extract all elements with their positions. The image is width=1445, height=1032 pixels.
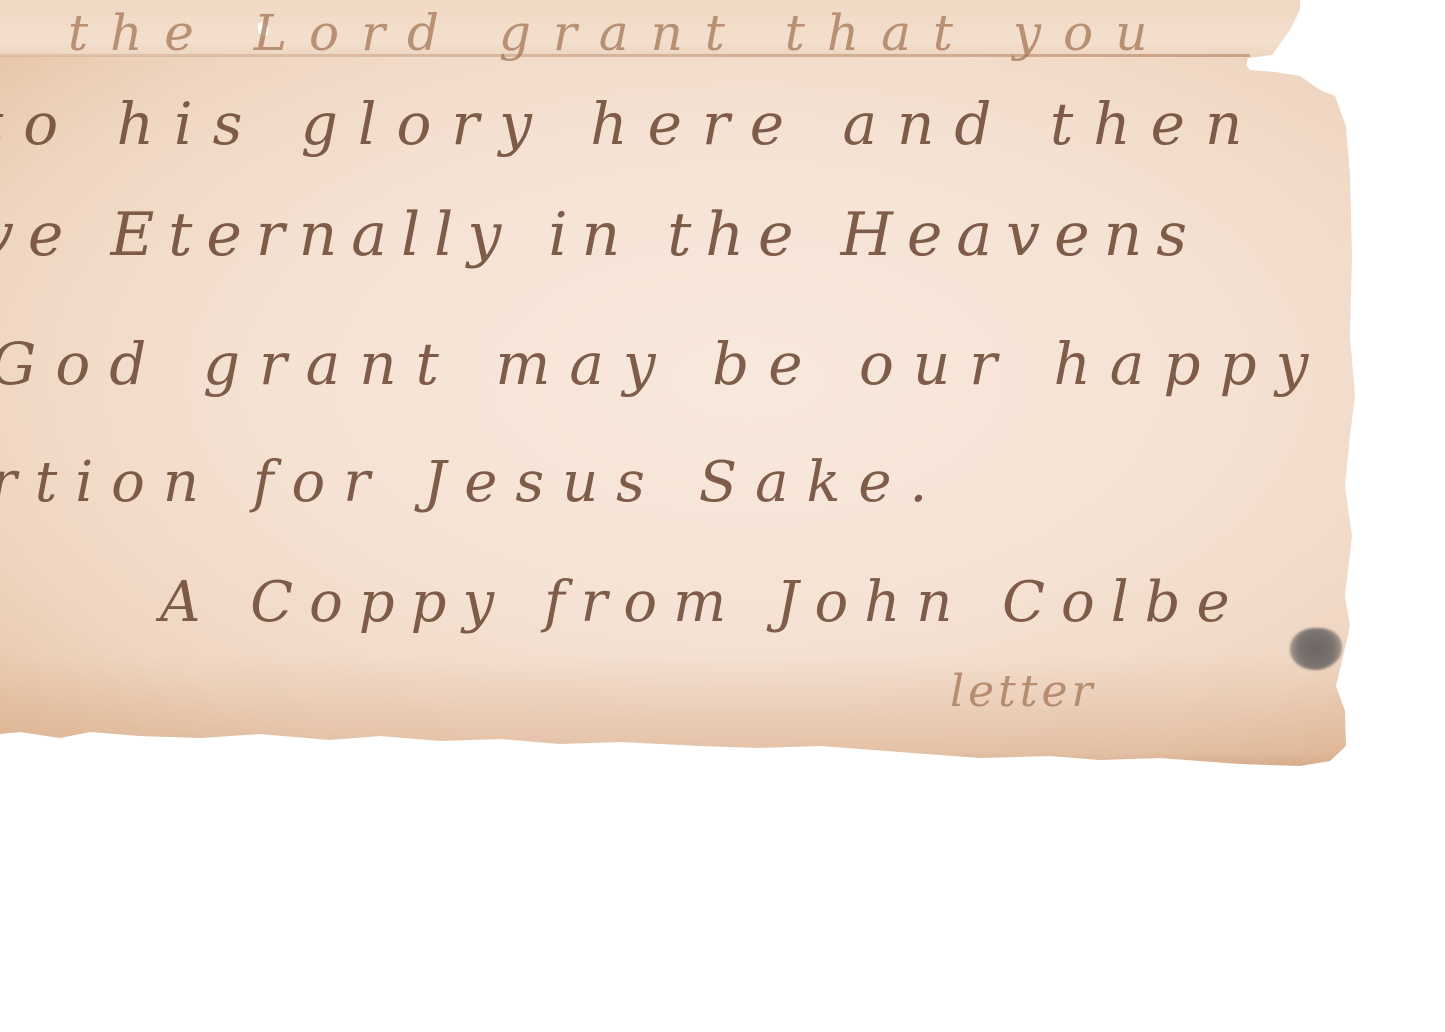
handwriting-line-5: rtion for Jesus Sake. bbox=[0, 455, 945, 511]
handwriting-line-2: to his glory here and then bbox=[0, 95, 1262, 153]
document-photo: the Lord grant that you to his glory her… bbox=[0, 0, 1445, 1032]
paper-sheet bbox=[0, 56, 1360, 776]
handwriting-line-1: the Lord grant that you bbox=[68, 8, 1169, 58]
signature-line-continued: letter bbox=[950, 670, 1097, 714]
handwriting-line-3: ve Eternally in the Heavens bbox=[0, 205, 1201, 265]
signature-line: A Coppy from John Colbe bbox=[160, 575, 1246, 631]
handwriting-line-4: God grant may be our happy bbox=[0, 335, 1327, 393]
